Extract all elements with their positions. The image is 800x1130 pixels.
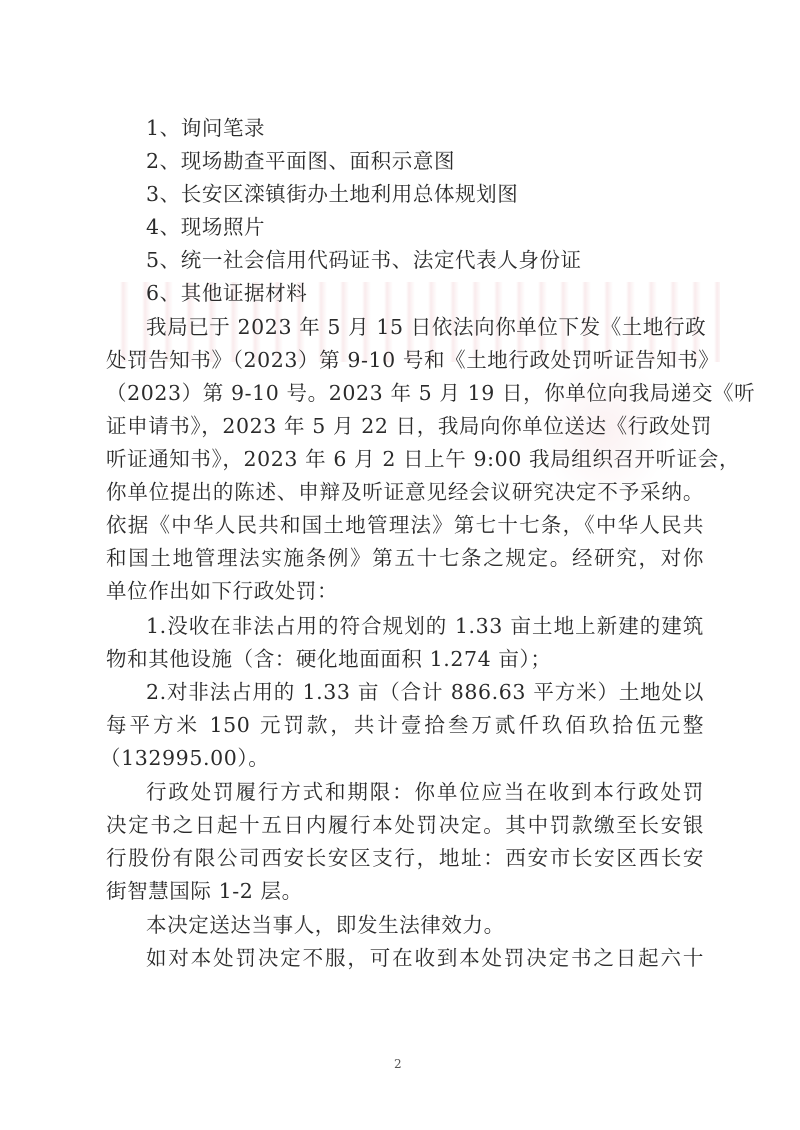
evidence-item-5: 5、统一社会信用代码证书、法定代表人身份证	[146, 248, 582, 272]
procedure-line-1: 我局已于 2023 年 5 月 15 日依法向你单位下发《土地行政	[146, 315, 704, 339]
evidence-item-3: 3、长安区滦镇街办土地利用总体规划图	[146, 182, 518, 206]
effect-paragraph: 本决定送达当事人，即发生法律效力。	[146, 913, 505, 937]
procedure-line-9: 单位作出如下行政处罚：	[106, 579, 338, 603]
procedure-line-5: 听证通知书》，2023 年 6 月 2 日上午 9:00 我局组织召开听证会，	[106, 447, 704, 471]
page-number: 2	[394, 1057, 402, 1071]
procedure-line-7: 依据《中华人民共和国土地管理法》第七十七条，《中华人民共	[106, 513, 704, 537]
payment-line-4: 街智慧国际 1-2 层。	[106, 879, 303, 903]
procedure-line-2: 处罚告知书》（2023）第 9-10 号和《土地行政处罚听证告知书》	[106, 348, 704, 372]
procedure-line-3: （2023）第 9-10 号。2023 年 5 月 19 日，你单位向我局递交《…	[106, 381, 704, 405]
evidence-item-2: 2、现场勘查平面图、面积示意图	[146, 149, 455, 173]
penalty-2-line-2: 每平方米 150 元罚款，共计壹拾叁万贰仟玖佰玖拾伍元整	[106, 713, 704, 737]
payment-line-1: 行政处罚履行方式和期限：你单位应当在收到本行政处罚	[146, 780, 704, 804]
procedure-line-4: 证申请书》，2023 年 5 月 22 日，我局向你单位送达《行政处罚	[106, 414, 704, 438]
evidence-item-4: 4、现场照片	[146, 215, 265, 239]
penalty-1-line-2: 物和其他设施（含：硬化地面面积 1.274 亩）；	[106, 647, 551, 671]
procedure-line-6: 你单位提出的陈述、申辩及听证意见经会议研究决定不予采纳。	[106, 480, 704, 504]
payment-line-2: 决定书之日起十五日内履行本处罚决定。其中罚款缴至长安银	[106, 813, 704, 837]
appeal-paragraph: 如对本处罚决定不服，可在收到本处罚决定书之日起六十	[146, 946, 704, 970]
penalty-2-line-3: （132995.00）。	[100, 746, 269, 770]
penalty-1-line-1: 1.没收在非法占用的符合规划的 1.33 亩土地上新建的建筑	[146, 614, 704, 638]
procedure-line-8: 和国土地管理法实施条例》第五十七条之规定。经研究，对你	[106, 546, 704, 570]
evidence-item-6: 6、其他证据材料	[146, 281, 307, 305]
evidence-item-1: 1、询问笔录	[146, 116, 265, 140]
penalty-2-line-1: 2.对非法占用的 1.33 亩（合计 886.63 平方米）土地处以	[146, 680, 704, 704]
document-page: 1、询问笔录 2、现场勘查平面图、面积示意图 3、长安区滦镇街办土地利用总体规划…	[0, 0, 800, 1130]
payment-line-3: 行股份有限公司西安长安区支行，地址：西安市长安区西长安	[106, 846, 704, 870]
